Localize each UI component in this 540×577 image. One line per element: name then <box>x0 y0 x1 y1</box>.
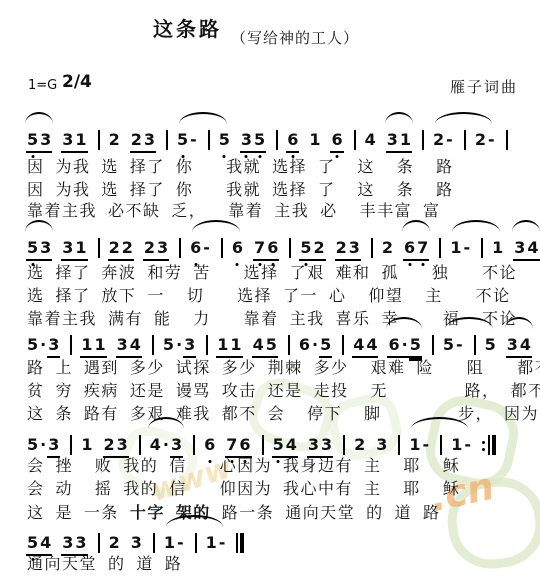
slur-arc <box>402 220 430 232</box>
barline <box>289 238 291 261</box>
composer-credit: 雁子词曲 <box>450 76 518 97</box>
barline <box>221 238 223 261</box>
note-token: 34 <box>513 238 539 261</box>
note-token: 6 <box>330 130 343 153</box>
note-token: 5- <box>176 130 198 153</box>
barline <box>208 130 210 153</box>
note-token: 23 <box>130 130 156 153</box>
slur-arc <box>435 112 492 124</box>
lyric-line: 会 挫 败 我的 信 心因为 我身边有 主 耶 稣 <box>27 453 460 476</box>
note-token: 2 <box>381 238 394 261</box>
note-token: 1 <box>308 130 321 153</box>
song-title: 这条路 <box>153 13 222 42</box>
slur-arc <box>148 417 184 429</box>
slur-arc <box>452 220 500 232</box>
notation-line-5: 5433231-1- <box>26 514 531 556</box>
time-signature: 2/4 <box>62 72 92 92</box>
note-token: 23 <box>143 238 169 261</box>
note-token: 22 <box>108 238 134 261</box>
note-token: 1 <box>491 238 504 261</box>
barline <box>276 130 278 153</box>
final-barline <box>236 533 244 556</box>
note-token: 76 <box>253 238 279 261</box>
barline <box>439 238 441 261</box>
song-subtitle: （写给神的工人） <box>231 27 359 48</box>
slur-arc <box>505 317 533 329</box>
note-token: 6- <box>189 238 211 261</box>
slur-arc <box>386 317 422 329</box>
lyric-line: 选 择了 奔波 和劳 苦 选择 了艰 难和 孤 独 不论 <box>27 260 517 283</box>
notation-line-2: 533122236-67652232671-134 <box>26 219 531 261</box>
lyric-line: 路 上 遇到 多少 试探 多少 荆棘 多少 艰难 险 阻 都不 <box>27 355 540 378</box>
note-token: 5 <box>218 130 231 153</box>
barline <box>371 238 373 261</box>
note-token: 31 <box>386 130 412 153</box>
barline <box>464 130 466 153</box>
note-token: 1- <box>205 533 227 556</box>
slur-arc <box>411 417 468 429</box>
lyric-line: 靠着主我 必不缺 乏， 靠着 主我 必 丰丰富 富 <box>27 198 441 221</box>
lyric-line: 贫 穷 疾病 还是 谩骂 攻击 还是 走投 无 路， 都不 <box>27 378 540 401</box>
barline <box>179 238 181 261</box>
slur-arc <box>179 112 227 124</box>
slur-arc <box>385 112 413 124</box>
notation-line-4: 5·31234·36765433231-1- <box>26 416 531 458</box>
lyric-line: 通向天堂 的 道 路 <box>27 551 182 574</box>
lyric-line: 会 动 摇 我的 信 仰因为 我心中有 主 耶 稣 <box>27 476 460 499</box>
barline <box>506 130 508 153</box>
note-token: 4 <box>364 130 377 153</box>
key-signature: 1=G <box>28 78 57 93</box>
note-token: 31 <box>61 238 87 261</box>
notation-line-1: 53312235-5356164312-2- <box>26 111 531 153</box>
note-token: 67 <box>403 238 429 261</box>
lyric-line: 因 为我 选 择了 你 我就 选择 了 这 条 路 <box>27 154 454 177</box>
barline <box>481 238 483 261</box>
note-token: 35 <box>240 130 266 153</box>
repeat-end-barline <box>482 435 496 458</box>
barline <box>166 130 168 153</box>
barline <box>98 130 100 153</box>
note-token: 52 <box>299 238 325 261</box>
barline <box>98 238 100 261</box>
note-token: 6 <box>286 130 299 153</box>
note-token: 23 <box>335 238 361 261</box>
notation-line-3: 5·311345·311456·5446·55-534 <box>26 316 531 358</box>
note-token: 31 <box>61 130 87 153</box>
note-token: 2- <box>432 130 454 153</box>
sheet-music-page: www .cn 这条路 （写给神的工人） 1=G 2/4 雁子词曲 533122… <box>0 0 540 577</box>
note-token: 2 <box>108 130 121 153</box>
barline <box>422 130 424 153</box>
lyric-line: 因 为我 选 择了 你 我就 选择 了 这 条 路 <box>27 177 454 200</box>
note-token: 2- <box>474 130 496 153</box>
slur-arc <box>192 220 240 232</box>
note-token: 1- <box>449 238 471 261</box>
barline <box>195 533 197 556</box>
note-token: 53 <box>26 130 52 153</box>
barline <box>354 130 356 153</box>
slur-arc <box>166 515 223 527</box>
lyric-line: 选 择了 放下 一 切 选择 了一 心 仰望 主 不论 <box>27 283 511 306</box>
slur-arc <box>445 317 493 329</box>
note-token: 53 <box>26 238 52 261</box>
slur-arc <box>25 220 53 232</box>
note-token: 6 <box>231 238 244 261</box>
slur-arc <box>25 112 53 124</box>
slur-arc <box>512 220 540 232</box>
